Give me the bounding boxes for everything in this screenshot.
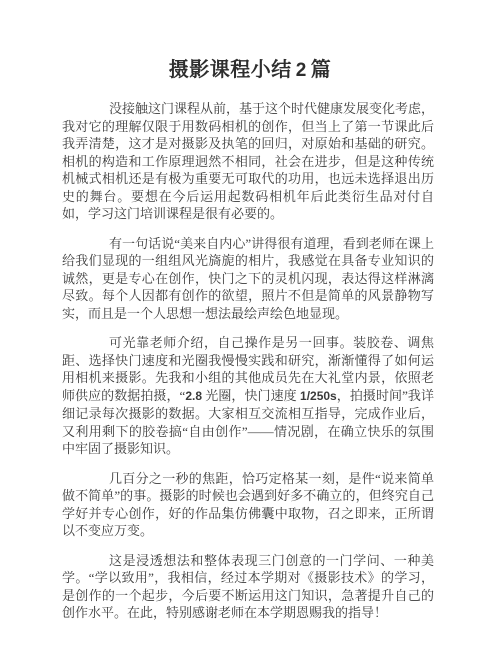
paragraph-text-segment: 有一句话说“美来自内心”讲得很有道理，看到老师在课上给我们显现的一组组风光旖旎的… [62, 236, 434, 321]
paragraph: 没接触这门课程从前，基于这个时代健康发展变化考虑，我对它的理解仅限于用数码相机的… [62, 100, 434, 223]
title-text-segment: 摄影课程小结 [169, 59, 292, 81]
paragraph: 几百分之一秒的焦距，恰巧定格某一刻，是件“说来简单做不简单”的事。摄影的时候也会… [62, 470, 434, 540]
paragraph-text-segment: 没接触这门课程从前，基于这个时代健康发展变化考虑，我对它的理解仅限于用数码相机的… [62, 101, 434, 221]
number-text-segment: 1/250s [300, 389, 337, 403]
paragraph: 这是浸透想法和整体表现三门创意的一门学问、一种美学。“学以致用”，我相信，经过本… [62, 552, 434, 622]
number-text-segment: 2 [296, 60, 307, 81]
title-text-segment: 篇 [311, 59, 332, 81]
number-text-segment: 2.8 [185, 389, 202, 403]
paragraph: 有一句话说“美来自内心”讲得很有道理，看到老师在课上给我们显现的一组组风光旖旎的… [62, 235, 434, 323]
paragraph-text-segment: 几百分之一秒的焦距，恰巧定格某一刻，是件“说来简单做不简单”的事。摄影的时候也会… [62, 471, 434, 539]
document-body: 没接触这门课程从前，基于这个时代健康发展变化考虑，我对它的理解仅限于用数码相机的… [62, 100, 434, 622]
document-page: 摄影课程小结2篇 没接触这门课程从前，基于这个时代健康发展变化考虑，我对它的理解… [0, 0, 500, 647]
paragraph-text-segment: 这是浸透想法和整体表现三门创意的一门学问、一种美学。“学以致用”，我相信，经过本… [62, 553, 434, 621]
paragraph: 可光靠老师介绍，自己操作是另一回事。装胶卷、调焦距、选择快门速度和光圈我慢慢实践… [62, 334, 434, 458]
document-title: 摄影课程小结2篇 [0, 57, 500, 84]
paragraph-text-segment: 光圈，快门速度 [202, 388, 300, 403]
